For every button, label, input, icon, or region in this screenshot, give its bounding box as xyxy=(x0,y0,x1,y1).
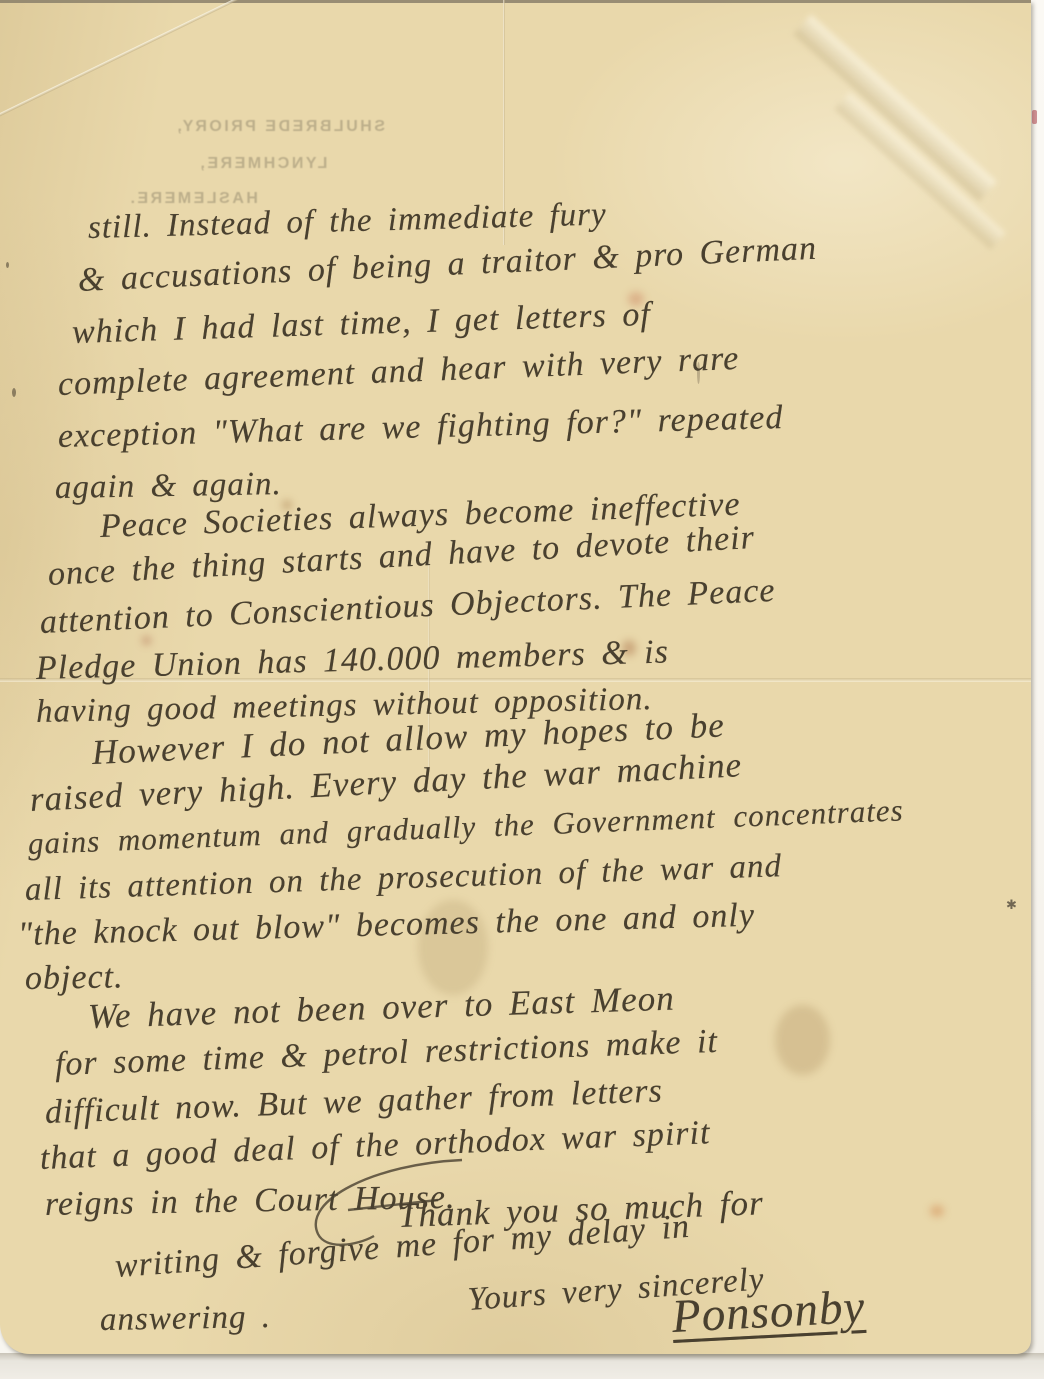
letter-page: SHULBREDE PRIORY, LYNCHMERE, HASLEMERE. … xyxy=(0,0,1031,1354)
embossed-stamp-mark xyxy=(793,15,996,202)
handwriting-line: complete agreement and hear with very ra… xyxy=(57,340,740,404)
edge-red-mark xyxy=(1032,110,1037,124)
stain xyxy=(930,1205,944,1217)
closing-answering-line: answering . xyxy=(100,1299,272,1339)
handwriting-line: which I had last time, I get letters of xyxy=(71,296,651,352)
stain xyxy=(775,1005,830,1075)
handwriting-line: exception "What are we fighting for?" re… xyxy=(58,399,784,456)
letterhead-showthrough-line: LYNCHMERE, xyxy=(198,155,327,173)
ink-speck xyxy=(12,388,16,397)
handwriting-line: object. xyxy=(25,958,124,998)
fold-crease-diagonal xyxy=(0,0,339,135)
ink-mark: ✱ xyxy=(1006,897,1017,913)
handwriting-line: again & again. xyxy=(55,466,282,507)
letterhead-showthrough-line: SHULBREDE PRIORY, xyxy=(175,118,385,136)
paper-top-edge xyxy=(0,0,1031,3)
signature: Ponsonby xyxy=(671,1280,867,1344)
scan-background-bottom xyxy=(0,1353,1044,1379)
ink-speck xyxy=(6,262,9,268)
